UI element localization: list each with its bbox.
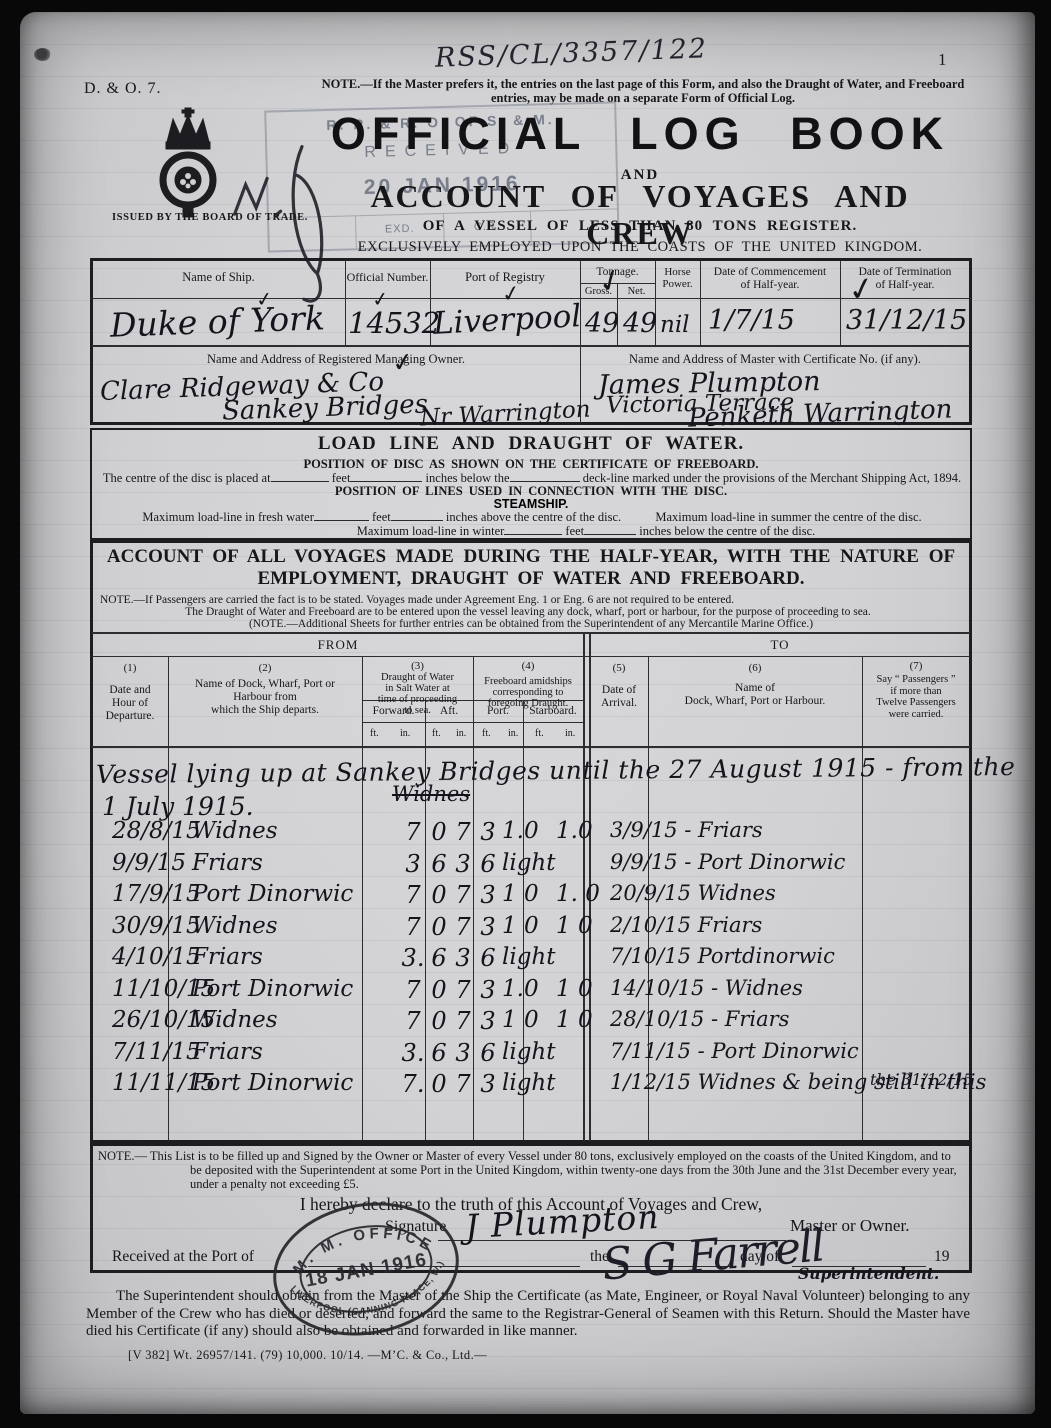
departure-date: 11/11/15 (112, 1070, 188, 1096)
voyage-entry-row: 4/10/15 Friars 3. 6 3 6 light 7/10/15 Po… (112, 944, 988, 974)
colhead-departure: Date and Hour of Departure. (92, 684, 168, 723)
feet-label: feet (565, 524, 584, 538)
departure-date: 30/9/15 (112, 913, 188, 939)
draught-forward-ft: 3 (400, 850, 426, 878)
voyages-note2: The Draught of Water and Freeboard are t… (88, 606, 968, 618)
from-band-label: FROM (92, 637, 584, 653)
colnum-5: (5) (590, 662, 648, 674)
lying-up-note-insert: Widnes (392, 782, 470, 806)
departure-place: Friars (192, 850, 263, 876)
draught-forward-in: 6 (426, 1039, 452, 1067)
draught-aft-ft: 7 (450, 1007, 476, 1035)
feet-label: feet (332, 471, 351, 485)
feet-label: feet (372, 510, 391, 524)
voyages-note3: (NOTE.—Additional Sheets for further ent… (92, 618, 970, 630)
colhead-passengers: Say “ Passengers ” if more than Twelve P… (862, 674, 970, 720)
unit-ft: ft. (432, 728, 441, 739)
freeboard-port: 1.0 (502, 818, 554, 844)
departure-place: Port Dinorwic (192, 1070, 353, 1096)
board-of-trade-crown-emblem-icon (152, 106, 224, 222)
winter-pre: Maximum load-line in winter (357, 524, 505, 538)
departure-place: Widnes (192, 913, 278, 939)
unit-in: in. (456, 728, 466, 739)
voyage-entry-row: 30/9/15 Widnes 7 0 7 3 1 0 1 0 2/10/15 F… (112, 913, 988, 943)
net-tonnage-value: 49 (623, 308, 657, 339)
voyage-entry-row: 26/10/15 Widnes 7 0 7 3 1 0 1 0 28/10/15… (112, 1007, 988, 1037)
draught-aft-in: 6 (474, 1039, 502, 1067)
colnum-7: (7) (862, 660, 970, 672)
unit-ft: ft. (535, 728, 544, 739)
departure-date: 11/10/15 (112, 976, 188, 1002)
departure-place: Friars (192, 944, 263, 970)
draught-aft-ft: 3 (450, 850, 476, 878)
official-number-value: 14532 (348, 306, 440, 340)
draught-aft-in: 3 (474, 913, 502, 941)
colhead-to-dock: Name of Dock, Wharf, Port or Harbour. (648, 682, 862, 708)
freeboard-starboard: 1 0 (556, 976, 608, 1002)
voyages-note1: NOTE.—If Passengers are carried the fact… (100, 594, 960, 606)
draught-forward-in: 0 (426, 976, 452, 1004)
paper-sheet: RSS/CL/3357/122 1 D. & O. 7. NOTE.—If th… (20, 12, 1035, 1414)
departure-date: 4/10/15 (112, 944, 188, 970)
draught-forward-ft: 7 (400, 913, 426, 941)
departure-place: Port Dinorwic (192, 976, 353, 1002)
draught-aft-in: 3 (474, 976, 502, 1004)
departure-date: 17/9/15 (112, 881, 188, 907)
departure-place: Widnes (192, 1007, 278, 1033)
freeboard-starboard: 1. 0 (556, 881, 608, 907)
subhead-port: Port. (473, 705, 523, 717)
departure-date: 28/8/15 (112, 818, 188, 844)
subtitle-line2: OF A VESSEL OF LESS THAN 80 TONS REGISTE… (320, 218, 960, 235)
colhead-from-dock: Name of Dock, Wharf, Port or Harbour fro… (168, 678, 362, 717)
draught-aft-ft: 7 (450, 913, 476, 941)
voyage-entry-row: 17/9/15 Port Dinorwic 7 0 7 3 1 0 1. 0 2… (112, 881, 988, 911)
draught-forward-ft: 7 (400, 976, 426, 1004)
draught-forward-ft: 3. (400, 944, 426, 972)
draught-aft-in: 3 (474, 1007, 502, 1035)
col-horse-power: Horse Power. (655, 266, 700, 290)
draught-aft-ft: 3 (450, 1039, 476, 1067)
page-number: 1 (938, 50, 947, 70)
handwritten-paraph (219, 128, 367, 321)
superintendent-paragraph: The Superintendent should obtain from th… (86, 1288, 970, 1341)
freeboard-starboard: 1 0 (556, 1007, 608, 1033)
subtitle-line3: EXCLUSIVELY EMPLOYED UPON THE COASTS OF … (320, 239, 960, 256)
draught-forward-ft: 3. (400, 1039, 426, 1067)
received-at-port-label: Received at the Port of (112, 1248, 254, 1266)
voyage-entry-row: 28/8/15 Widnes 7 0 7 3 1.0 1.0 3/9/15 - … (112, 818, 988, 848)
horse-power-value: nil (660, 312, 690, 338)
draught-aft-in: 6 (474, 850, 502, 878)
commencement-value: 1/7/15 (708, 305, 795, 336)
freeboard-port: light (502, 850, 554, 876)
freeboard-port: 1 0 (502, 913, 554, 939)
voyages-title-line2: EMPLOYMENT, DRAUGHT OF WATER AND FREEBOA… (92, 568, 970, 590)
unit-in: in. (565, 728, 575, 739)
lying-up-note-line2: 1 July 1915. (102, 792, 254, 821)
departure-place: Widnes (192, 818, 278, 844)
arrival-entry: 2/10/15 Friars (610, 913, 762, 937)
draught-forward-in: 6 (426, 944, 452, 972)
punch-hole (34, 48, 51, 61)
arrival-entry: 14/10/15 - Widnes (610, 976, 803, 1000)
arrival-entry: 7/10/15 Portdinorwic (610, 944, 835, 968)
draught-aft-ft: 7 (450, 818, 476, 846)
draught-forward-ft: 7. (400, 1070, 426, 1098)
voyage-entry-row: 7/11/15 Friars 3. 6 3 6 light 7/11/15 - … (112, 1039, 988, 1069)
unit-ft: ft. (482, 728, 491, 739)
departure-place: Friars (192, 1039, 263, 1065)
colnum-1: (1) (92, 662, 168, 674)
departure-date: 26/10/15 (112, 1007, 188, 1033)
draught-aft-ft: 7 (450, 1070, 476, 1098)
colnum-3: (3) (362, 660, 473, 672)
arrival-entry: 3/9/15 - Friars (610, 818, 763, 842)
departure-date: 9/9/15 (112, 850, 188, 876)
owner-label: Name and Address of Registered Managing … (92, 352, 580, 367)
colnum-6: (6) (648, 662, 862, 674)
draught-forward-in: 0 (426, 818, 452, 846)
centre-pre: The centre of the disc is placed at (103, 471, 271, 485)
draught-forward-in: 0 (426, 881, 452, 909)
freeboard-port: light (502, 944, 554, 970)
fresh-pre: Maximum load-line in fresh water (142, 510, 313, 524)
arrival-entry: 7/11/15 - Port Dinorwic (610, 1039, 859, 1063)
draught-forward-in: 6 (426, 850, 452, 878)
draught-forward-ft: 7 (400, 1007, 426, 1035)
fresh-mid: inches above the centre of the disc. (446, 510, 621, 524)
header-note: NOTE.—If the Master prefers it, the entr… (320, 78, 966, 105)
voyage-entry-row: 11/11/15 Port Dinorwic 7. 0 7 3 light 1/… (112, 1070, 988, 1100)
winter-mid: inches below the centre of the disc. (639, 524, 815, 538)
freeboard-port: light (502, 1039, 554, 1065)
subhead-forward: Forward. (362, 705, 425, 717)
voyages-title-line1: ACCOUNT OF ALL VOYAGES MADE DURING THE H… (92, 546, 970, 568)
draught-forward-in: 0 (426, 1070, 452, 1098)
archival-reference: RSS/CL/3357/122 (435, 33, 709, 74)
draught-aft-in: 3 (474, 1070, 502, 1098)
unit-ft: ft. (370, 728, 379, 739)
draught-aft-in: 6 (474, 944, 502, 972)
draught-aft-ft: 3 (450, 944, 476, 972)
colhead-arrival: Date of Arrival. (590, 684, 648, 710)
freeboard-port: light (502, 1070, 554, 1096)
subhead-aft: Aft. (425, 705, 473, 717)
draught-forward-in: 0 (426, 1007, 452, 1035)
form-code: D. & O. 7. (84, 80, 162, 98)
colnum-2: (2) (168, 662, 362, 674)
colnum-4: (4) (473, 660, 583, 672)
col-commencement: Date of Commencement of Half-year. (700, 266, 840, 291)
winter-line: Maximum load-line in winter feet inches … (150, 523, 1022, 539)
scanned-page: RSS/CL/3357/122 1 D. & O. 7. NOTE.—If th… (0, 0, 1051, 1428)
unit-in: in. (508, 728, 518, 739)
freeboard-port: 1 0 (502, 1007, 554, 1033)
draught-aft-in: 3 (474, 881, 502, 909)
subhead-starboard: Starboard. (523, 705, 583, 717)
voyage-entry-row: 11/10/15 Port Dinorwic 7 0 7 3 1.0 1 0 1… (112, 976, 988, 1006)
freeboard-port: 1.0 (502, 976, 554, 1002)
draught-aft-in: 3 (474, 818, 502, 846)
draught-forward-ft: 7 (400, 881, 426, 909)
freeboard-starboard: 1 0 (556, 913, 608, 939)
master-label: Name and Address of Master with Certific… (580, 352, 970, 367)
arrival-entry: 20/9/15 Widnes (610, 881, 776, 905)
centre-post: deck-line marked under the provisions of… (583, 471, 961, 485)
unit-in: in. (400, 728, 410, 739)
to-band-label: TO (590, 637, 970, 653)
departure-date: 7/11/15 (112, 1039, 188, 1065)
draught-aft-ft: 7 (450, 976, 476, 1004)
draught-forward-ft: 7 (400, 818, 426, 846)
departure-place: Port Dinorwic (192, 881, 353, 907)
draught-aft-ft: 7 (450, 881, 476, 909)
arrival-entry-overflow: the 31/12/15 (870, 1070, 973, 1089)
draught-forward-in: 0 (426, 913, 452, 941)
voyage-entry-row: 9/9/15 Friars 3 6 3 6 light 9/9/15 - Por… (112, 850, 988, 880)
freeboard-starboard: 1.0 (556, 818, 608, 844)
arrival-entry: 9/9/15 - Port Dinorwic (610, 850, 845, 874)
freeboard-port: 1 0 (502, 881, 554, 907)
load-line-title: LOAD LINE AND DRAUGHT OF WATER. (92, 433, 970, 455)
gross-tonnage-value: 49 (585, 308, 619, 339)
centre-mid: inches below the (426, 471, 510, 485)
arrival-entry: 28/10/15 - Friars (610, 1007, 789, 1031)
fresh-post: Maximum load-line in summer the centre o… (655, 510, 921, 524)
declaration-note: NOTE.— This List is to be filled up and … (98, 1149, 958, 1191)
termination-value: 31/12/15 (846, 305, 967, 336)
main-title: OFFICIAL LOG BOOK (320, 108, 960, 160)
